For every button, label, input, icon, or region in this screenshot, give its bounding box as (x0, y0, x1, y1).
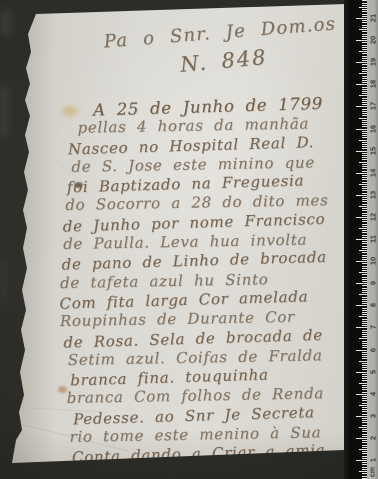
ruler-tick (356, 239, 367, 240)
ruler-tick (356, 394, 367, 395)
photo-backdrop: Pa o Snr. Je Dom.os Bar N. 848 A 25 de J… (0, 0, 378, 479)
ruler-tick (359, 7, 367, 8)
ruler-number-20: 20 (368, 35, 378, 46)
ruler-number-4: 4 (368, 388, 378, 399)
ruler-tick (356, 261, 367, 262)
ruler-unit-label: cm (368, 467, 378, 478)
cm-ruler: 212019181716151413121110987654321cm (344, 0, 378, 479)
ruler-tick (356, 283, 367, 284)
ruler-tick (356, 195, 367, 196)
ruler-tick (359, 361, 367, 362)
ruler-tick (359, 73, 367, 74)
background-object-edge (0, 86, 9, 138)
ruler-number-16: 16 (368, 123, 378, 134)
background-object-edge (0, 10, 12, 36)
ruler-number-1: 1 (368, 455, 378, 466)
ruler-tick (356, 327, 367, 328)
header-addressee: Pa o Snr. Je Dom.os Bar (103, 9, 378, 52)
ruler-tick (359, 405, 367, 406)
ruler-number-19: 19 (368, 57, 378, 68)
ruler-tick (359, 140, 367, 141)
ruler-tick (356, 129, 367, 130)
ruler-tick (359, 206, 367, 207)
manuscript-content: Pa o Snr. Je Dom.os Bar N. 848 A 25 de J… (3, 0, 354, 476)
ruler-tick (356, 106, 367, 107)
manuscript-body: A 25 de Junho de 1799pellas 4 horas da m… (55, 94, 347, 467)
ruler-black-bar (344, 0, 367, 479)
ruler-tick (359, 427, 367, 428)
ruler-number-15: 15 (368, 145, 378, 156)
ruler-tick (356, 151, 367, 152)
ruler-tick (356, 40, 367, 41)
ruler-tick (356, 62, 367, 63)
ruler-tick (356, 350, 367, 351)
ruler-tick (359, 118, 367, 119)
ruler-number-10: 10 (368, 256, 378, 267)
background-object-edge (0, 258, 7, 304)
ruler-number-13: 13 (368, 189, 378, 200)
ruler-number-2: 2 (368, 432, 378, 443)
ruler-number-6: 6 (368, 344, 378, 355)
ruler-tick (359, 449, 367, 450)
ruler-tick (359, 228, 367, 229)
ruler-number-18: 18 (368, 79, 378, 90)
ruler-number-9: 9 (368, 278, 378, 289)
ruler-tick (356, 305, 367, 306)
ruler-tick (359, 338, 367, 339)
ruler-tick (359, 471, 367, 472)
ruler-number-7: 7 (368, 322, 378, 333)
ruler-number-11: 11 (368, 234, 378, 245)
ruler-tick (356, 460, 367, 461)
ruler-tick (356, 372, 367, 373)
ruler-tick (359, 95, 367, 96)
ruler-number-8: 8 (368, 300, 378, 311)
ruler-tick (359, 272, 367, 273)
ruler-tick (359, 294, 367, 295)
ruler-tick (356, 217, 367, 218)
ruler-tick (359, 51, 367, 52)
ruler-tick (359, 250, 367, 251)
ruler-tick (359, 29, 367, 30)
ruler-tick (356, 173, 367, 174)
ruler-tick (359, 316, 367, 317)
ruler-tick (359, 162, 367, 163)
ruler-tick (356, 84, 367, 85)
ruler-tick (356, 438, 367, 439)
ruler-number-5: 5 (368, 366, 378, 377)
ruler-tick (356, 416, 367, 417)
ruler-tick (359, 184, 367, 185)
manuscript-paper: Pa o Snr. Je Dom.os Bar N. 848 A 25 de J… (8, 0, 348, 472)
ruler-tick (356, 18, 367, 19)
ruler-number-17: 17 (368, 101, 378, 112)
ruler-tick (359, 383, 367, 384)
record-number: N. 848 (179, 45, 268, 77)
ruler-number-12: 12 (368, 211, 378, 222)
ruler-number-3: 3 (368, 410, 378, 421)
ruler-number-14: 14 (368, 167, 378, 178)
ruler-number-21: 21 (368, 13, 378, 24)
